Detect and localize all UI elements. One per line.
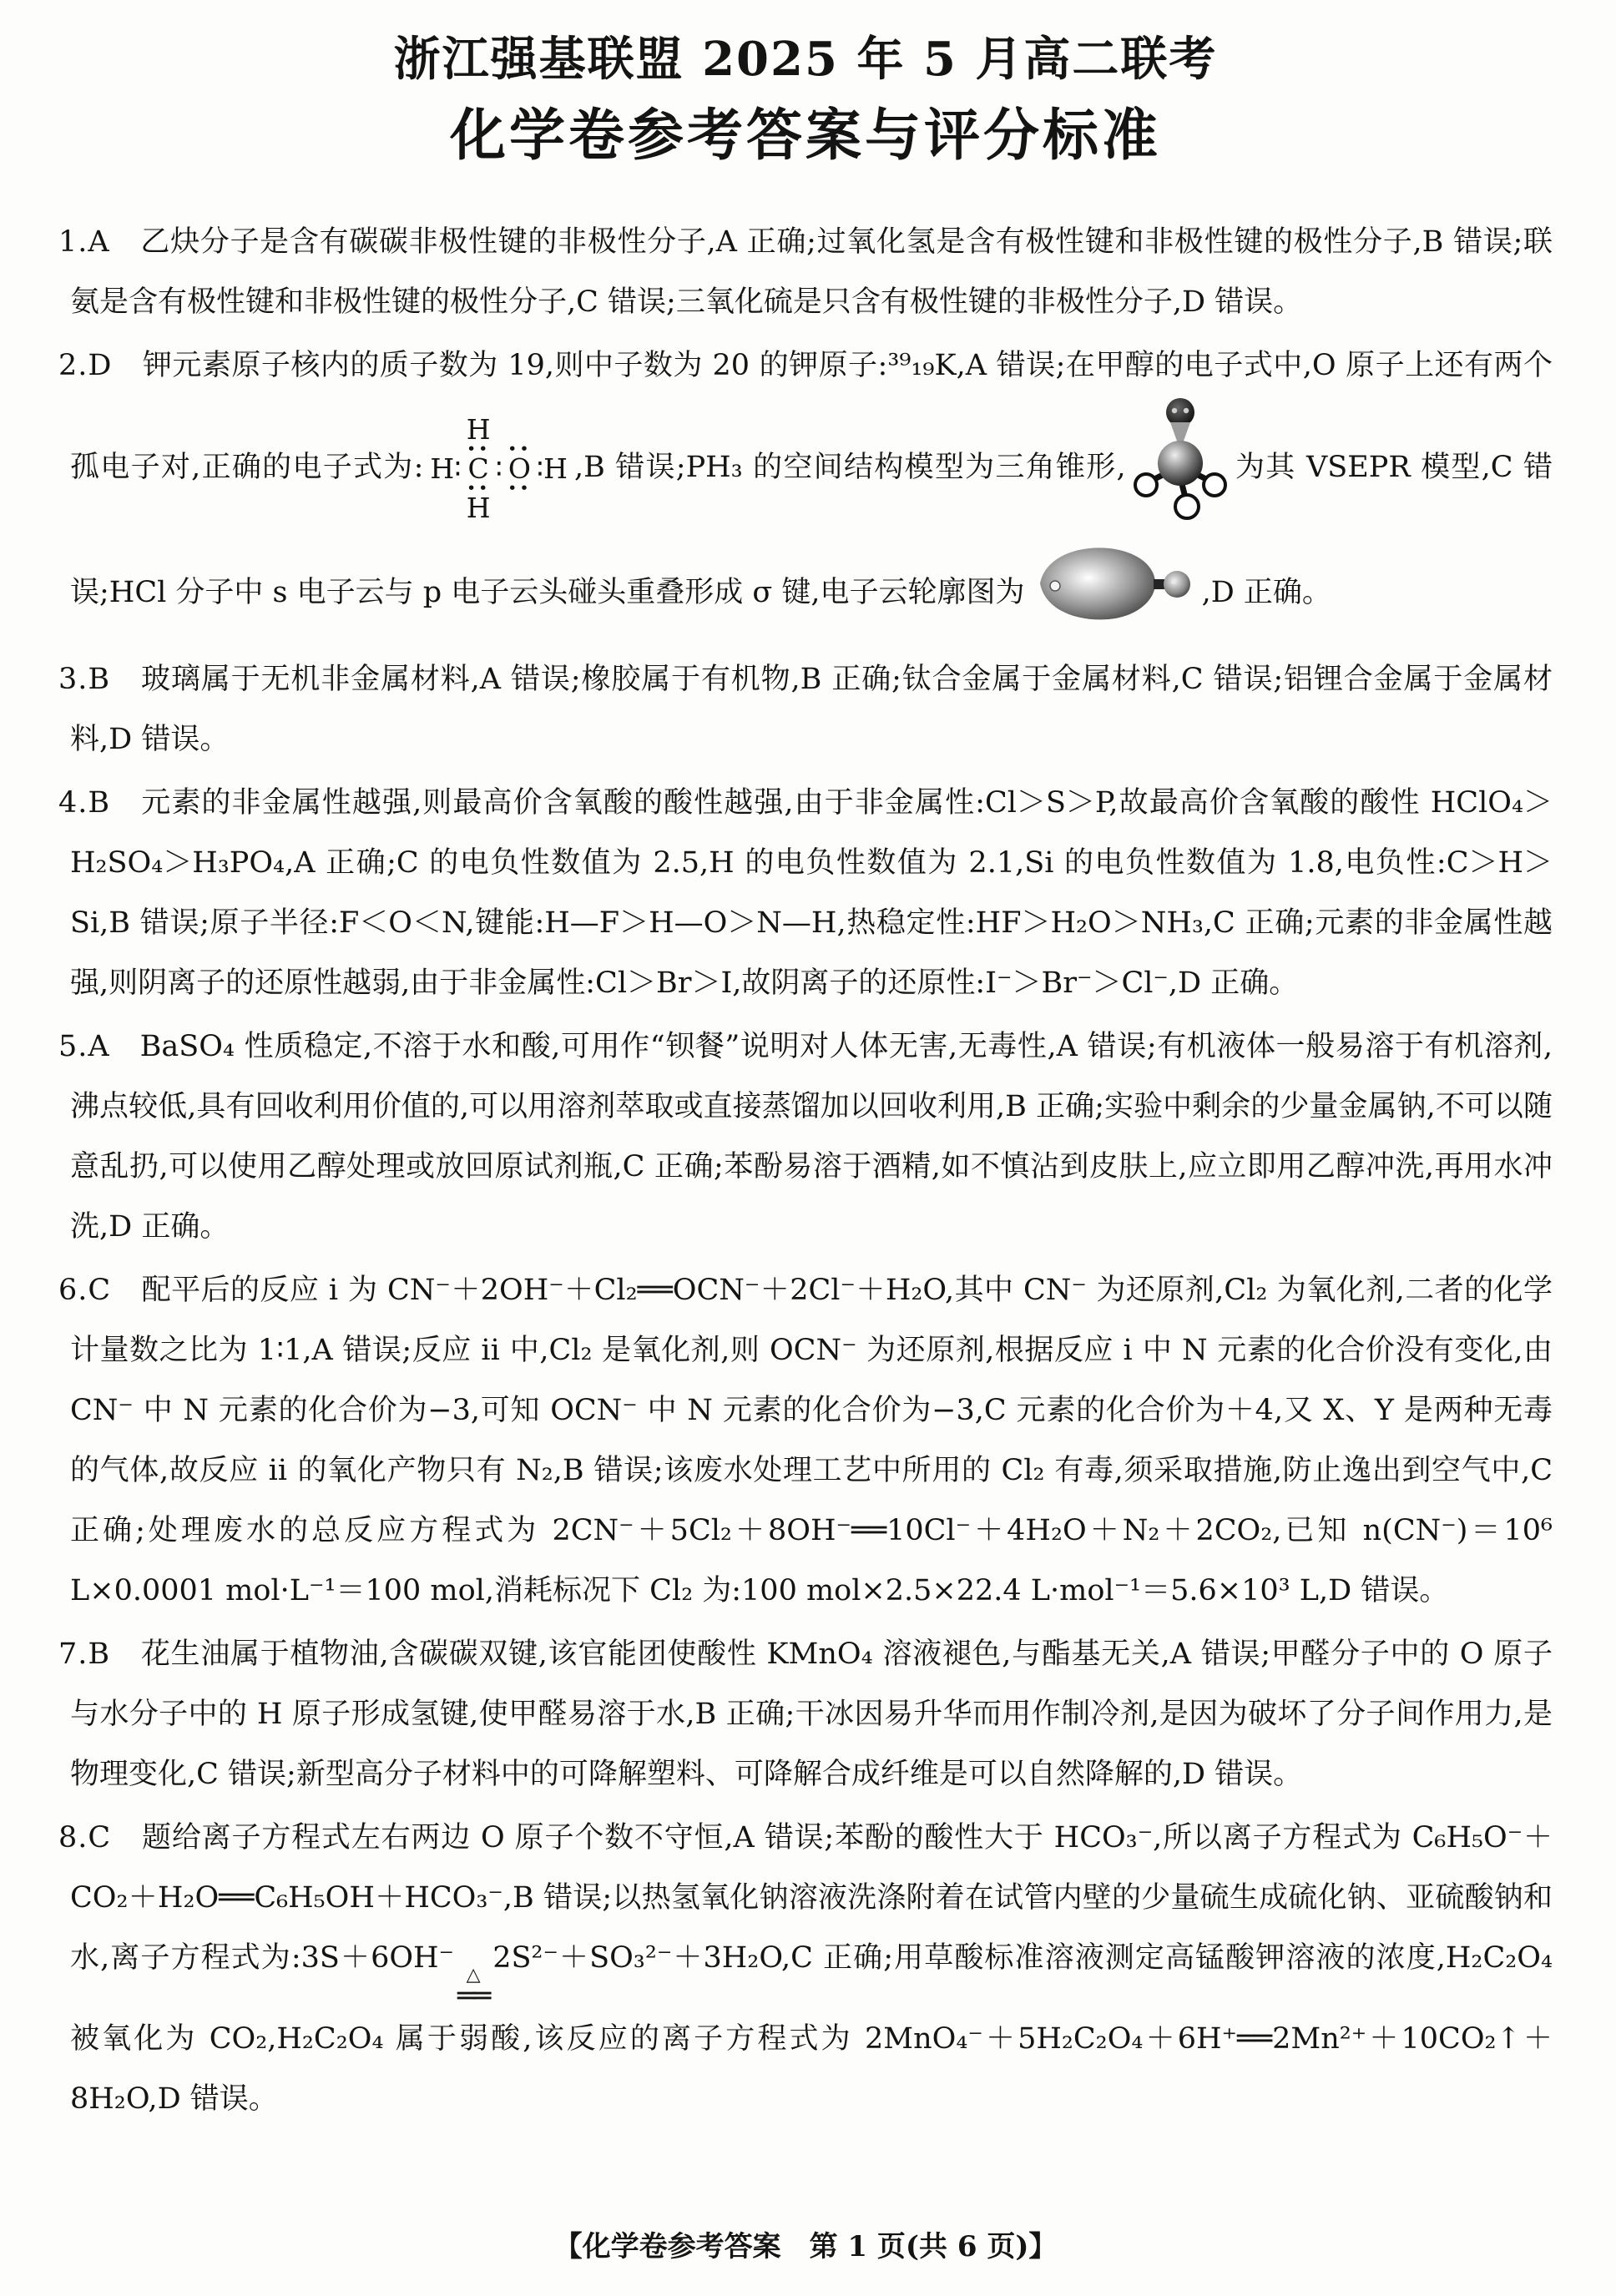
exam-answer-page: 浙江强基联盟 2025 年 5 月高二联考 化学卷参考答案与评分标准 1.A乙炔… [0,0,1616,2296]
overlap-neck [1154,579,1164,589]
answer-label: 6.C [58,1274,111,1307]
answer-item-1: 1.A乙炔分子是含有碳碳非极性键的非极性分子,A 正确;过氧化氢是含有极性键和非… [58,212,1553,332]
answer-text: ,B 错误;PH₃ 的空间结构模型为三角锥形, [574,451,1126,484]
answer-text: 乙炔分子是含有碳碳非极性键的非极性分子,A 正确;过氧化氢是含有极性键和非极性键… [70,225,1553,319]
lewis-h-left: H∶ [430,455,461,482]
answer-item-4: 4.B元素的非金属性越强,则最高价含氧酸的酸性越强,由于非金属性:Cl＞S＞P,… [58,773,1553,1013]
answer-text: BaSO₄ 性质稳定,不溶于水和酸,可用作“钡餐”说明对人体无害,无毒性,A 错… [70,1030,1553,1244]
answer-label: 5.A [58,1030,110,1063]
answer-label: 1.A [58,225,110,259]
hydrogen-atom [1204,474,1225,496]
lewis-lone-pair-dots: •• [508,482,531,494]
answer-label: 7.B [58,1637,110,1671]
answer-text: 元素的非金属性越强,则最高价含氧酸的酸性越强,由于非金属性:Cl＞S＞P,故最高… [70,786,1553,1000]
answer-item-5: 5.ABaSO₄ 性质稳定,不溶于水和酸,可用作“钡餐”说明对人体无害,无毒性,… [58,1017,1553,1257]
lewis-h-bottom: H [467,494,491,522]
answer-item-7: 7.B花生油属于植物油,含碳碳双键,该官能团使酸性 KMnO₄ 溶液褪色,与酯基… [58,1624,1553,1804]
answer-label: 2.D [58,349,112,382]
nucleus-dot [1050,581,1060,591]
answer-text: 花生油属于植物油,含碳碳双键,该官能团使酸性 KMnO₄ 溶液褪色,与酯基无关,… [70,1637,1553,1791]
answer-text: ,D 正确。 [1202,576,1331,609]
answer-text: 玻璃属于无机非金属材料,A 错误;橡胶属于有机物,B 正确;钛合金属于金属材料,… [70,663,1553,756]
phosphorus-atom [1158,441,1203,486]
answer-label: 3.B [58,663,110,696]
page-subtitle: 化学卷参考答案与评分标准 [58,102,1553,169]
delta-over-equals: △══ [457,1967,489,2009]
answer-item-3: 3.B玻璃属于无机非金属材料,A 错误;橡胶属于有机物,B 正确;钛合金属于金属… [58,649,1553,770]
footer-page-info: 【化学卷参考答案 第 1 页(共 6 页)】 [58,2189,1553,2268]
ph3-model-image [1131,396,1230,542]
double-equals: ══ [457,1984,489,2009]
lone-pair-lobe [1166,398,1194,426]
hydrogen-atom [1135,474,1157,496]
methanol-lewis-structure: H••••H∶C∶O∶H••••H [430,416,568,522]
answer-text: 配平后的反应 ⅰ 为 CN⁻＋2OH⁻＋Cl₂══OCN⁻＋2Cl⁻＋H₂O,其… [70,1274,1553,1607]
page-title: 浙江强基联盟 2025 年 5 月高二联考 [58,30,1553,88]
lewis-h-right: ∶H [537,455,568,482]
answer-label: 8.C [58,1821,111,1854]
answer-item-6: 6.C配平后的反应 ⅰ 为 CN⁻＋2OH⁻＋Cl₂══OCN⁻＋2Cl⁻＋H₂… [58,1260,1553,1621]
answer-label: 4.B [58,786,110,820]
lewis-bond-colon: ∶ [496,455,503,482]
sigma-electron-cloud-image [1030,542,1197,646]
answer-item-8: 8.C题给离子方程式左右两边 O 原子个数不守恒,A 错误;苯酚的酸性大于 HC… [58,1808,1553,2129]
s-orbital-sphere [1164,571,1190,598]
hydrogen-atom [1175,495,1199,518]
answer-item-2: 2.D钾元素原子核内的质子数为 19,则中子数为 20 的钾原子:³⁹₁₉K,A… [58,336,1553,646]
answers-list: 1.A乙炔分子是含有碳碳非极性键的非极性分子,A 正确;过氧化氢是含有极性键和非… [58,212,1553,2132]
